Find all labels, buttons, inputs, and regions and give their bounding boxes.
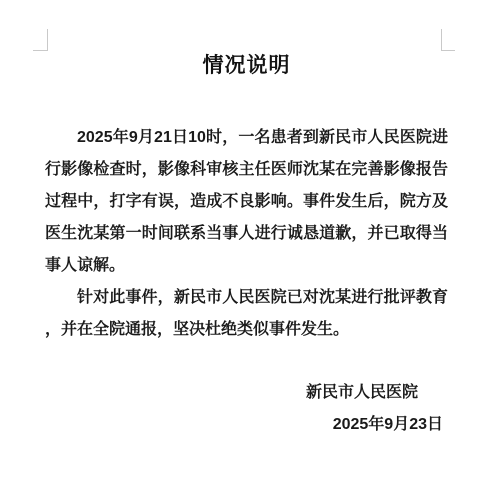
- document-body: 2025年9月21日10时，一名患者到新民市人民医院进行影像检查时，影像科审核主…: [45, 122, 448, 346]
- signature-block: 新民市人民医院 2025年9月23日: [45, 377, 448, 441]
- paragraph-measures: 针对此事件，新民市人民医院已对沈某进行批评教育，并在全院通报，坚决杜绝类似事件发…: [45, 282, 448, 346]
- signature-date: 2025年9月23日: [45, 409, 448, 441]
- paragraph-incident: 2025年9月21日10时，一名患者到新民市人民医院进行影像检查时，影像科审核主…: [45, 122, 448, 282]
- document-page: 情况说明 2025年9月21日10时，一名患者到新民市人民医院进行影像检查时，影…: [0, 0, 504, 483]
- signature-organization: 新民市人民医院: [45, 377, 448, 409]
- text-boundary-mark-top-right: [441, 29, 455, 51]
- text-boundary-mark-top-left: [33, 29, 48, 51]
- document-title: 情况说明: [45, 52, 448, 80]
